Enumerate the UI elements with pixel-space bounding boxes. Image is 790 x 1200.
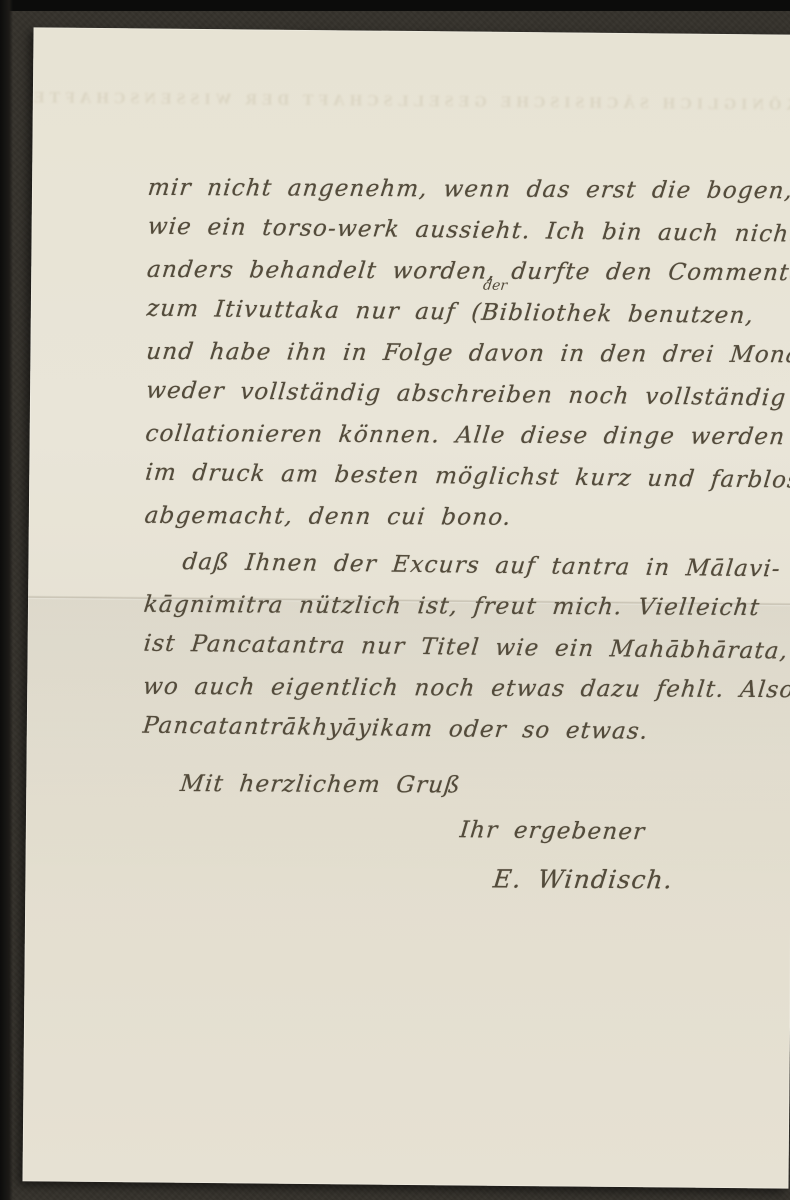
handwriting-line: und habe ihn in Folge davon in den drei … <box>144 332 781 376</box>
handwriting-line: mir nicht angenehm, wenn das erst die bo… <box>146 168 783 212</box>
handwriting-line: E. Windisch. <box>491 858 776 900</box>
scan-bed-edge-left <box>0 0 13 1200</box>
handwriting-line: kāgnimitra nützlich ist, freut mich. Vie… <box>142 585 779 629</box>
handwriting-line: collationieren können. Alle diese dinge … <box>143 414 780 458</box>
handwriting-lines: mir nicht angenehm, wenn das erst die bo… <box>141 166 780 901</box>
handwriting-line: abgemacht, denn cui bono. <box>142 496 779 540</box>
letter-page: Königlich Sächsische Gesellschaft der Wi… <box>22 27 790 1188</box>
letterhead-bleedthrough-text: Königlich Sächsische Gesellschaft der Wi… <box>33 89 790 114</box>
handwriting-line: zum Itivuttaka nur auf (Bibliothek benut… <box>145 289 781 338</box>
handwriting-line: weder vollständig abschreiben noch volls… <box>144 371 780 420</box>
handwriting-line: Mit herzlichem Gruß <box>140 764 777 808</box>
handwriting-line: Pancatantrākhyāyikam oder so etwas. <box>141 706 777 755</box>
handwriting-line: im druck am besten möglichst kurz und fa… <box>143 453 779 502</box>
handwriting-line: Ihr ergebener <box>458 810 776 855</box>
interlinear-insertion: der <box>482 278 508 294</box>
handwriting-line: daß Ihnen der Excurs auf tantra in Mālav… <box>142 542 778 591</box>
scan-bed-edge-top <box>0 0 790 11</box>
scanned-letter-photo: { "page": { "background_color": "#35322c… <box>0 0 790 1200</box>
handwriting-line: wo auch eigentlich noch etwas dazu fehlt… <box>141 667 778 711</box>
handwriting-line: ist Pancatantra nur Titel wie ein Mahābh… <box>142 624 778 673</box>
handwriting-line: wie ein torso-werk aussieht. Ich bin auc… <box>146 207 782 256</box>
handwriting-line: anders behandelt worden, durfte den Comm… <box>145 250 782 294</box>
